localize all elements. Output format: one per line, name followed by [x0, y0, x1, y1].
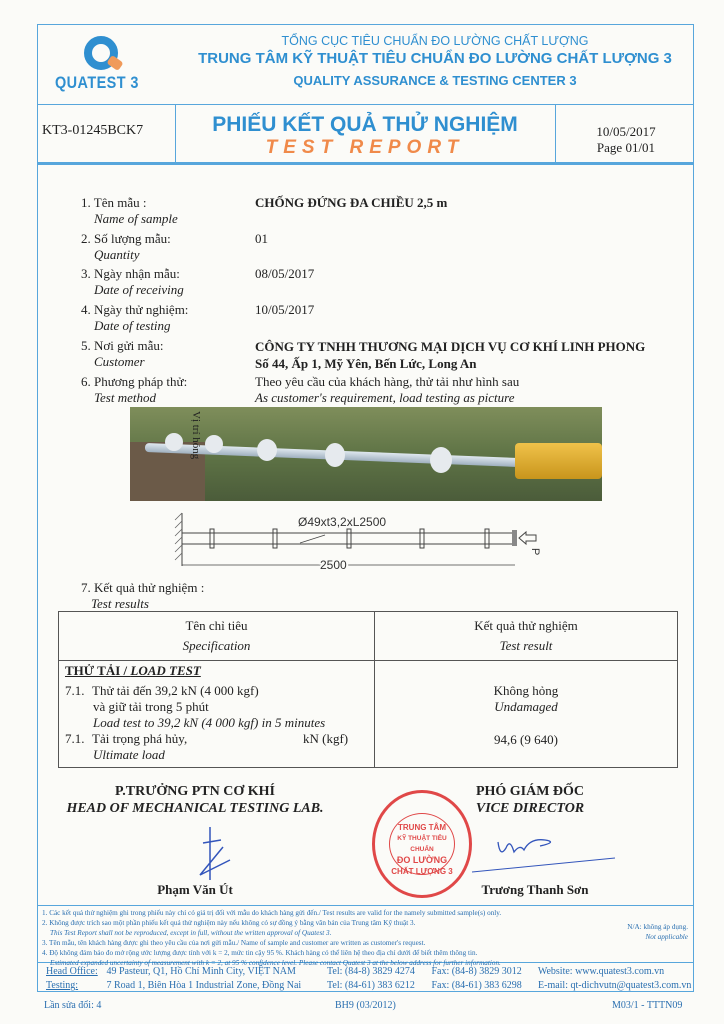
- na-note: N/A: không áp dụng. Not applicable: [600, 922, 688, 942]
- label-en: Date of receiving: [81, 282, 184, 298]
- left-signature-block: P.TRƯỞNG PTN CƠ KHÍ HEAD OF MECHANICAL T…: [60, 783, 330, 817]
- left-signature-icon: [195, 825, 245, 885]
- label-en: Customer: [81, 354, 164, 370]
- test-photo: Vị trí hỏng: [130, 407, 602, 501]
- head-office-row: Head Office: 49 Pasteur, Q1, Hồ Chí Minh…: [46, 966, 664, 977]
- results-heading-vi: 7. Kết quả thử nghiệm :: [81, 580, 204, 596]
- office-tel: Tel: (84-8) 3829 4274: [327, 966, 429, 977]
- photo-jack: [515, 443, 602, 479]
- col-result-en: Test result: [500, 638, 553, 653]
- col-spec-header: Tên chỉ tiêu Specification: [59, 612, 375, 661]
- left-signer: Phạm Văn Út: [60, 882, 330, 898]
- load-diagram: P Ø49xt3,2xL2500 2500: [170, 508, 550, 578]
- org-line-3: QUALITY ASSURANCE & TESTING CENTER 3: [175, 73, 695, 88]
- divider: [555, 104, 556, 162]
- length-dimension: 2500: [320, 558, 347, 572]
- org-line-1: TỔNG CỤC TIÊU CHUẨN ĐO LƯỜNG CHẤT LƯỢNG: [175, 34, 695, 48]
- spec-row-2: 7.1. Tải trọng phá hủy,kN (kgf) Ultimate…: [65, 731, 368, 763]
- method: Theo yêu cầu của khách hàng, thử tải như…: [255, 374, 519, 406]
- footnote-3: 3. Tên mẫu, tên khách hàng được ghi theo…: [42, 938, 602, 948]
- spec-cell: THỬ TẢI / LOAD TEST 7.1. Thử tải đến 39,…: [59, 661, 375, 768]
- field-customer: 5. Nơi gửi mẫu: Customer: [81, 338, 164, 370]
- label-vi: 4. Ngày thử nghiệm:: [81, 302, 188, 318]
- sample-name: CHỐNG ĐỨNG ĐA CHIỀU 2,5 m: [255, 195, 447, 211]
- label-vi: 6. Phương pháp thử:: [81, 374, 187, 390]
- section-heading: THỬ TẢI / LOAD TEST: [65, 663, 368, 679]
- photo-rosette: [205, 435, 223, 453]
- results-heading: 7. Kết quả thử nghiệm : Test results: [81, 580, 204, 612]
- office-address: 49 Pasteur, Q1, Hồ Chí Minh City, VIỆT N…: [107, 966, 325, 977]
- testing-fax: Fax: (84-61) 383 6298: [432, 980, 536, 991]
- label-en: Test method: [81, 390, 187, 406]
- label-vi: 2. Số lượng mẫu:: [81, 231, 171, 247]
- photo-rosette: [257, 439, 277, 461]
- result-cell: Không hỏng Undamaged 94,6 (9 640): [375, 661, 678, 768]
- col-spec-vi: Tên chỉ tiêu: [59, 616, 374, 636]
- force-label: P: [529, 548, 541, 555]
- failure-location-label: Vị trí hỏng: [190, 411, 202, 459]
- label-vi: 3. Ngày nhận mẫu:: [81, 266, 184, 282]
- label-en: Date of testing: [81, 318, 188, 334]
- title-en: TEST REPORT: [175, 137, 555, 159]
- date-receiving: 08/05/2017: [255, 266, 314, 282]
- form-code: BH9 (03/2012): [335, 1000, 396, 1011]
- label-vi: 5. Nơi gửi mẫu:: [81, 338, 164, 354]
- logo-text: QUATEST 3: [55, 73, 139, 93]
- official-stamp-icon: TRUNG TÂM KỸ THUẬT TIÊU CHUẨN ĐO LƯỜNG C…: [372, 790, 472, 898]
- method-vi: Theo yêu cầu của khách hàng, thử tải như…: [255, 374, 519, 390]
- field-method: 6. Phương pháp thử: Test method: [81, 374, 187, 406]
- revision: Lần sửa đổi: 4: [44, 1000, 101, 1011]
- field-testing-date: 4. Ngày thử nghiệm: Date of testing: [81, 302, 188, 334]
- results-heading-en: Test results: [81, 596, 204, 612]
- title-divider: [37, 162, 694, 165]
- pipe-spec-label: Ø49xt3,2xL2500: [298, 515, 386, 529]
- left-title-en: HEAD OF MECHANICAL TESTING LAB.: [66, 801, 323, 816]
- col-result-vi: Kết quả thử nghiệm: [375, 616, 677, 636]
- office-fax: Fax: (84-8) 3829 3012: [432, 966, 536, 977]
- right-title-vi: PHÓ GIÁM ĐỐC: [440, 783, 620, 800]
- col-result-header: Kết quả thử nghiệm Test result: [375, 612, 678, 661]
- office-label: Head Office:: [46, 966, 104, 977]
- right-signer: Trương Thanh Sơn: [470, 882, 600, 898]
- testing-row: Testing: 7 Road 1, Biên Hòa 1 Industrial…: [46, 980, 691, 991]
- method-en: As customer's requirement, load testing …: [255, 390, 515, 405]
- report-date: 10/05/2017: [566, 124, 686, 140]
- photo-rosette: [165, 433, 183, 451]
- table-header-row: Tên chỉ tiêu Specification Kết quả thử n…: [59, 612, 678, 661]
- footnote-2-en: This Test Report shall not be reproduced…: [42, 928, 602, 938]
- email-link[interactable]: E-mail: qt-dichvutn@quatest3.com.vn: [538, 980, 691, 991]
- testing-address: 7 Road 1, Biên Hòa 1 Industrial Zone, Đồ…: [107, 980, 325, 991]
- footnote-2: 2. Không được trích sao một phần phiếu k…: [42, 918, 602, 928]
- na-vi: N/A: không áp dụng.: [600, 922, 688, 932]
- right-signature-icon: [470, 820, 620, 875]
- right-signature-block: PHÓ GIÁM ĐỐC VICE DIRECTOR: [440, 783, 620, 817]
- photo-rosette: [325, 443, 345, 467]
- left-title-vi: P.TRƯỞNG PTN CƠ KHÍ: [60, 783, 330, 800]
- footnotes: 1. Các kết quả thử nghiệm ghi trong phiế…: [42, 908, 602, 968]
- title-vi: PHIẾU KẾT QUẢ THỬ NGHIỆM: [175, 113, 555, 137]
- report-date-page: 10/05/2017 Page 01/01: [566, 124, 686, 156]
- quantity: 01: [255, 231, 268, 247]
- spec-row-1: 7.1. Thử tải đến 39,2 kN (4 000 kgf) và …: [65, 683, 368, 731]
- website-link[interactable]: Website: www.quatest3.com.vn: [538, 966, 664, 977]
- right-title-en: VICE DIRECTOR: [476, 801, 584, 816]
- label-en: Quantity: [81, 247, 171, 263]
- customer: CÔNG TY TNHH THƯƠNG MẠI DỊCH VỤ CƠ KHÍ L…: [255, 338, 645, 372]
- label-vi: 1. Tên mẫu :: [81, 195, 178, 211]
- report-code: KT3-01245BCK7: [42, 123, 143, 139]
- result-1-vi: Không hỏng: [375, 683, 677, 699]
- label-en: Name of sample: [81, 211, 178, 227]
- na-en: Not applicable: [645, 933, 688, 941]
- result-2: 94,6 (9 640): [375, 732, 677, 748]
- header-divider: [37, 104, 694, 105]
- field-name: 1. Tên mẫu : Name of sample: [81, 195, 178, 227]
- customer-address: Số 44, Ấp 1, Mỹ Yên, Bến Lức, Long An: [255, 355, 645, 372]
- page-number: Page 01/01: [566, 140, 686, 156]
- footnote-4: 4. Độ không đảm bảo đo mở rộng ước lượng…: [42, 948, 602, 958]
- field-receiving: 3. Ngày nhận mẫu: Date of receiving: [81, 266, 184, 298]
- footnote-divider: [37, 905, 694, 906]
- org-line-2: TRUNG TÂM KỸ THUẬT TIÊU CHUẨN ĐO LƯỜNG C…: [160, 50, 710, 67]
- field-quantity: 2. Số lượng mẫu: Quantity: [81, 231, 171, 263]
- col-spec-en: Specification: [183, 638, 251, 653]
- testing-tel: Tel: (84-61) 383 6212: [327, 980, 429, 991]
- testing-label: Testing:: [46, 980, 104, 991]
- doc-code: M03/1 - TTTN09: [612, 1000, 682, 1011]
- result-1-en: Undamaged: [375, 699, 677, 715]
- date-testing: 10/05/2017: [255, 302, 314, 318]
- results-table: Tên chỉ tiêu Specification Kết quả thử n…: [58, 611, 678, 768]
- footnote-1: 1. Các kết quả thử nghiệm ghi trong phiế…: [42, 908, 602, 918]
- customer-name: CÔNG TY TNHH THƯƠNG MẠI DỊCH VỤ CƠ KHÍ L…: [255, 338, 645, 355]
- table-row: THỬ TẢI / LOAD TEST 7.1. Thử tải đến 39,…: [59, 661, 678, 768]
- photo-rosette: [430, 447, 452, 473]
